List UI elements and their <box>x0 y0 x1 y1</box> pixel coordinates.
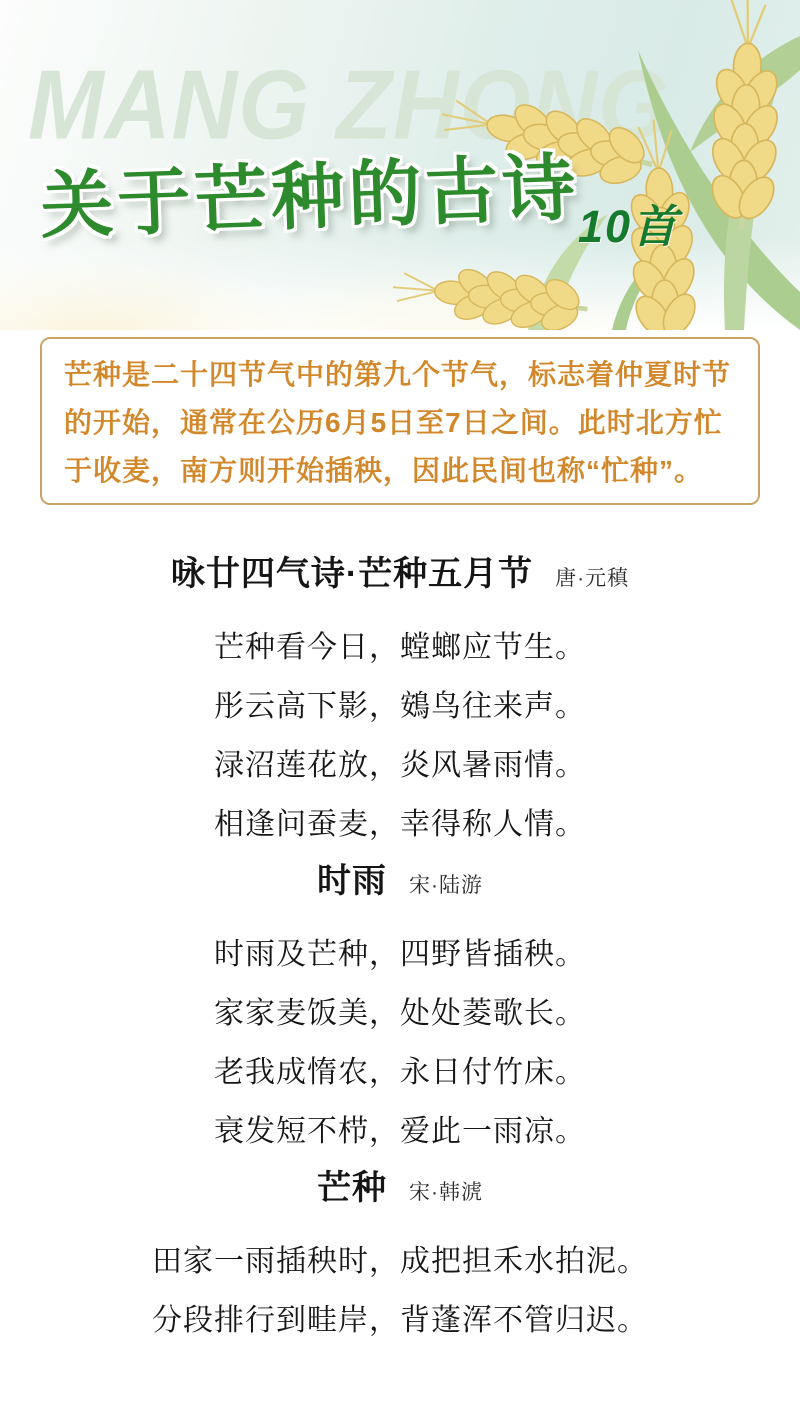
poem-title: 时雨 <box>317 858 387 904</box>
poem-line: 相逢问蚕麦，幸得称人情。 <box>0 795 800 854</box>
hero-banner: MANG ZHONG <box>0 0 800 330</box>
poem-author: 宋·韩淲 <box>409 1170 483 1216</box>
intro-box: 芒种是二十四节气中的第九个节气，标志着仲夏时节的开始，通常在公历6月5日至7日之… <box>40 337 760 505</box>
poem-heading: 芒种 宋·韩淲 <box>0 1165 800 1216</box>
poem-author: 宋·陆游 <box>409 863 483 909</box>
poem-line: 渌沼莲花放，炎风暑雨情。 <box>0 736 800 795</box>
poem-heading: 时雨 宋·陆游 <box>0 858 800 909</box>
poem-count-badge: 10首 <box>578 190 679 255</box>
poem-line: 时雨及芒种，四野皆插秧。 <box>0 925 800 984</box>
poster-page: MANG ZHONG <box>0 0 800 1422</box>
poem-title: 芒种 <box>317 1165 387 1211</box>
poem-heading: 咏廿四气诗·芒种五月节 唐·元稹 <box>0 551 800 602</box>
page-title: 关于芒种的古诗 <box>38 129 580 253</box>
poem-line: 衰发短不栉，爱此一雨凉。 <box>0 1102 800 1161</box>
poem-line: 芒种看今日，螳螂应节生。 <box>0 618 800 677</box>
poem-line: 田家一雨插秧时，成把担禾水拍泥。 <box>0 1232 800 1291</box>
poem-author: 唐·元稹 <box>555 556 629 602</box>
poem-mang-zhong: 芒种 宋·韩淲 田家一雨插秧时，成把担禾水拍泥。 分段排行到畦岸，背蓬浑不管归迟… <box>0 1165 800 1350</box>
poem-line: 家家麦饭美，处处菱歌长。 <box>0 984 800 1043</box>
poems-section: 咏廿四气诗·芒种五月节 唐·元稹 芒种看今日，螳螂应节生。 彤云高下影，鴳鸟往来… <box>0 505 800 1350</box>
poem-line: 分段排行到畦岸，背蓬浑不管归迟。 <box>0 1291 800 1350</box>
poem-title: 咏廿四气诗·芒种五月节 <box>171 551 533 597</box>
poem-line: 老我成惰农，永日付竹床。 <box>0 1043 800 1102</box>
poem-line: 彤云高下影，鴳鸟往来声。 <box>0 677 800 736</box>
intro-text: 芒种是二十四节气中的第九个节气，标志着仲夏时节的开始，通常在公历6月5日至7日之… <box>64 351 736 495</box>
poem-yong-nian-si-qi-shi: 咏廿四气诗·芒种五月节 唐·元稹 芒种看今日，螳螂应节生。 彤云高下影，鴳鸟往来… <box>0 551 800 854</box>
poem-shi-yu: 时雨 宋·陆游 时雨及芒种，四野皆插秧。 家家麦饭美，处处菱歌长。 老我成惰农，… <box>0 858 800 1161</box>
